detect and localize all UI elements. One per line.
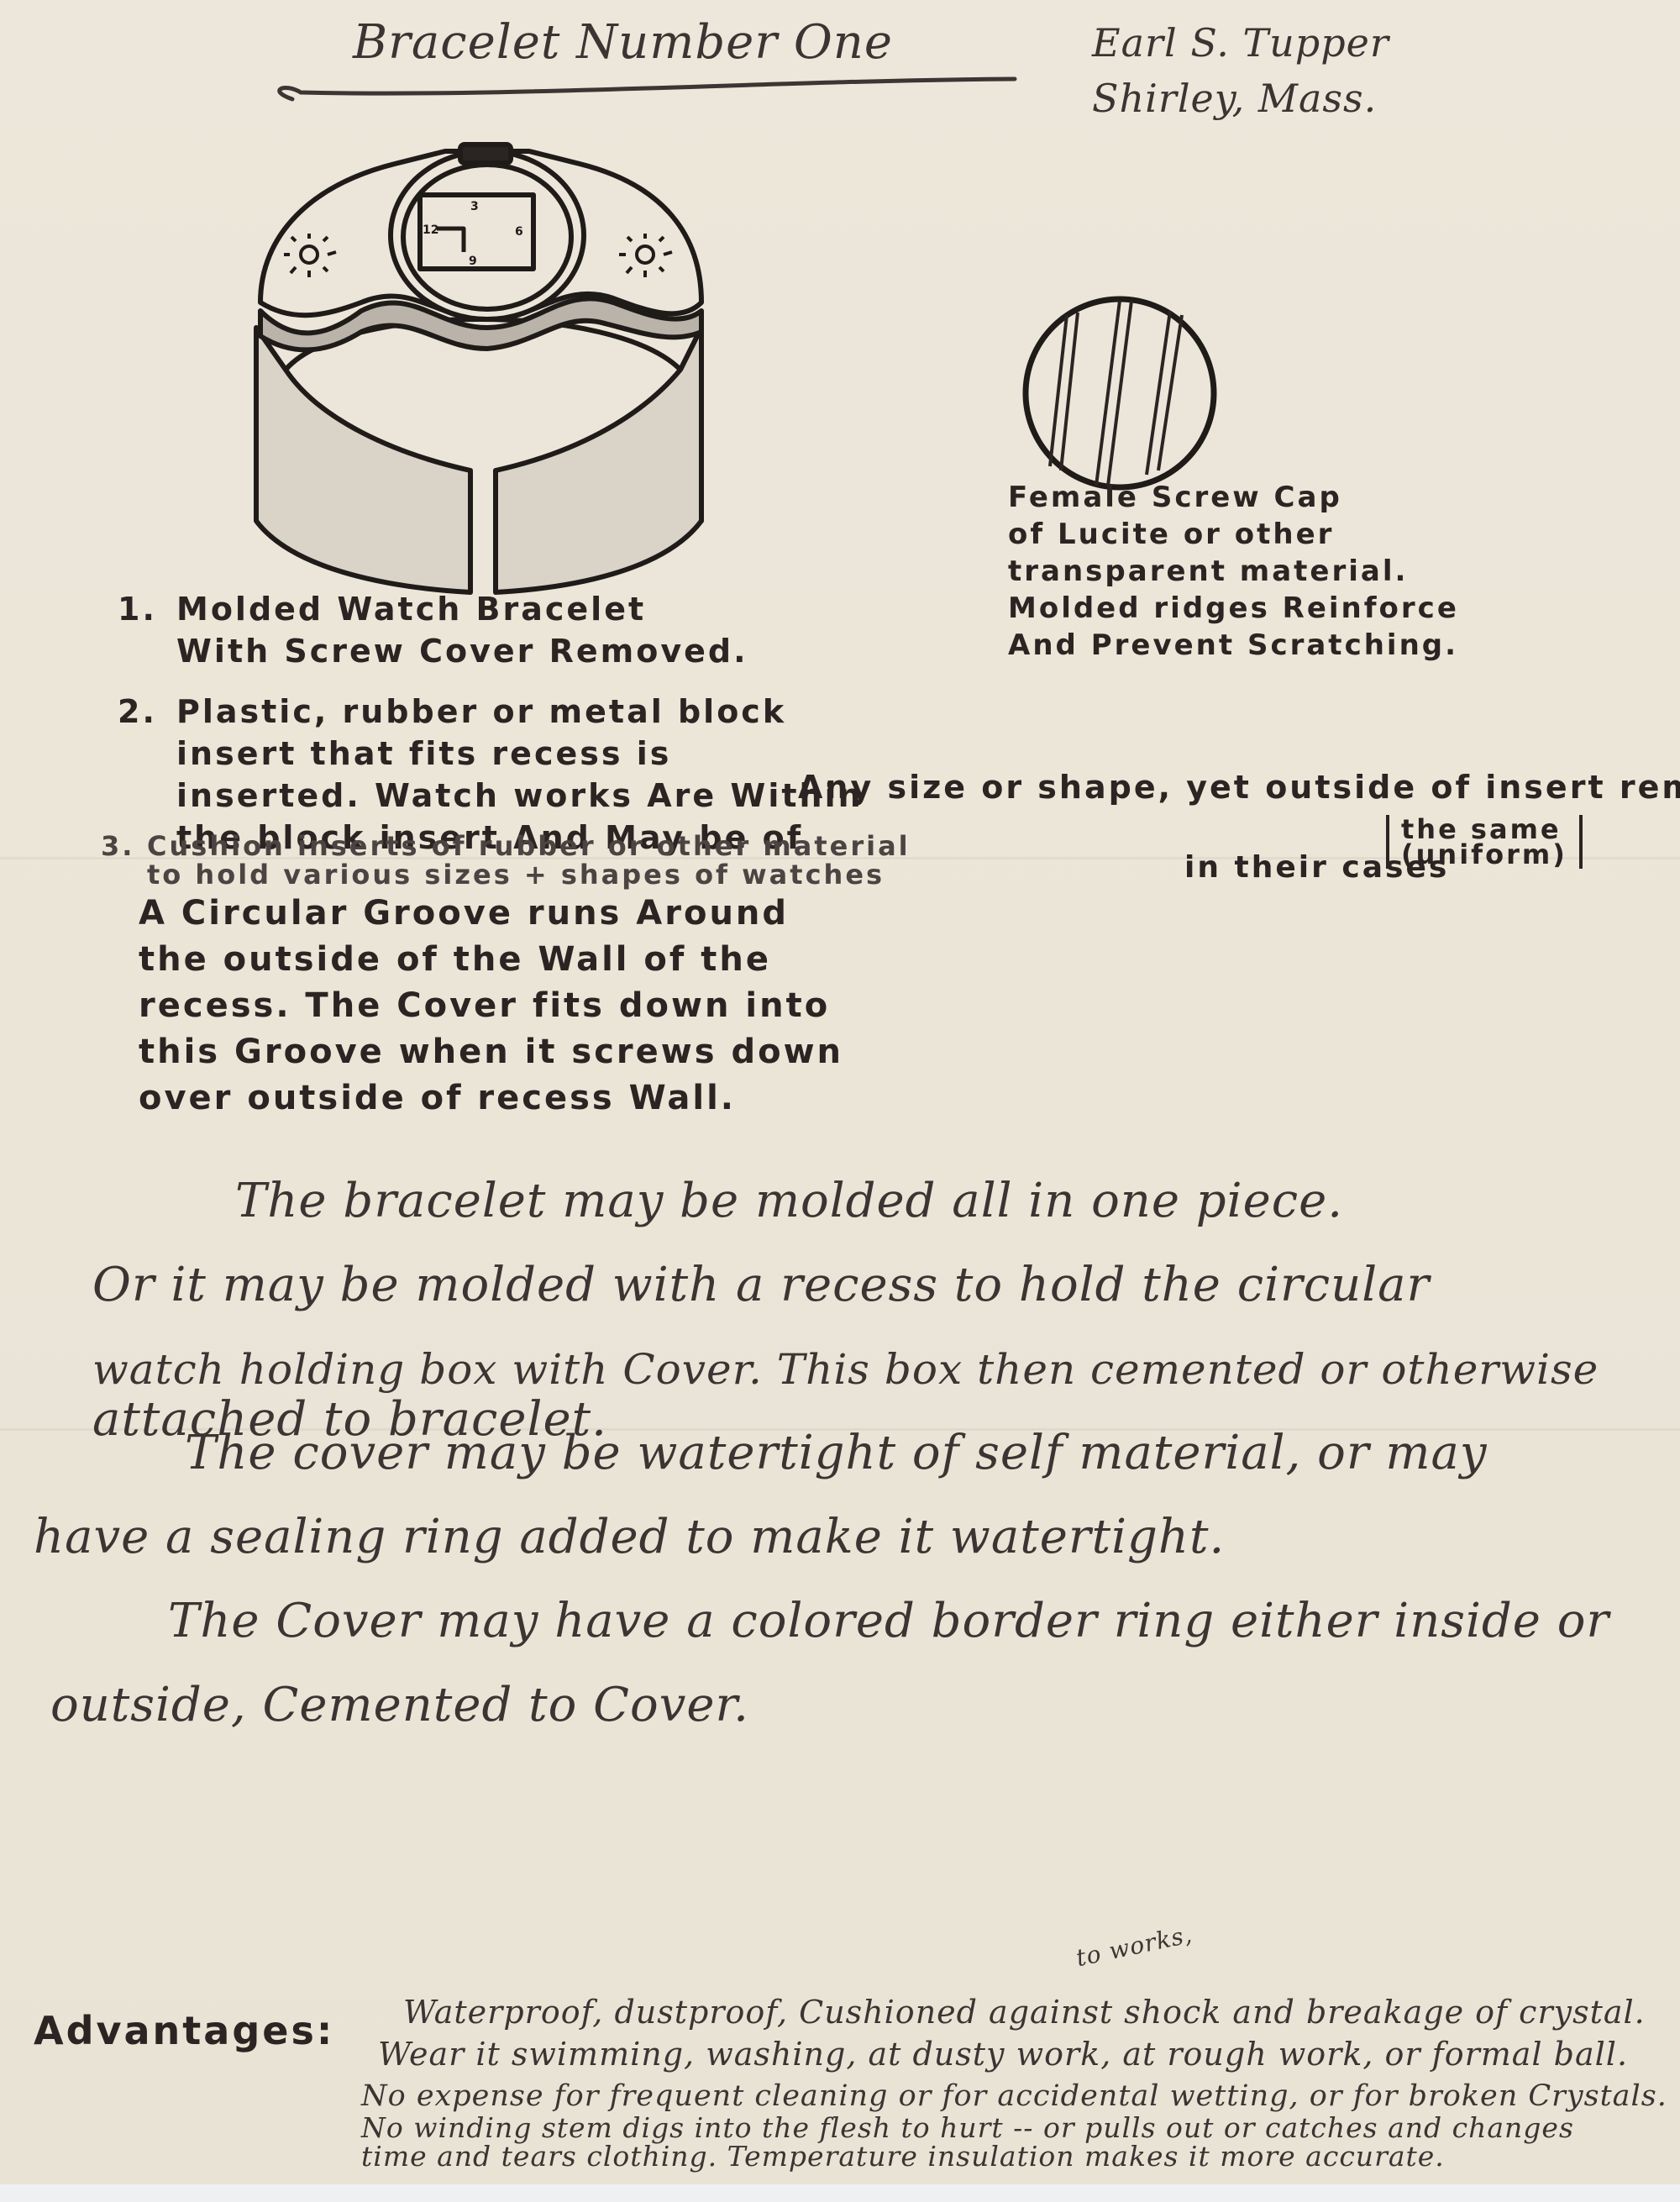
groove-line: this Groove when it screws down bbox=[139, 1029, 843, 1075]
note-2-continuation: Any size or shape, yet outside of insert… bbox=[798, 769, 1680, 806]
groove-line: recess. The Cover fits down into bbox=[139, 983, 843, 1029]
advantages-list: Waterproof, dustproof, Cushioned against… bbox=[361, 1991, 1667, 2178]
advantage-line: Wear it swimming, washing, at dusty work… bbox=[361, 2033, 1667, 2075]
note-2: 2.Plastic, rubber or metal block bbox=[118, 691, 864, 733]
advantages-label: Advantages: bbox=[34, 2008, 334, 2053]
svg-text:3: 3 bbox=[470, 200, 479, 213]
svg-text:6: 6 bbox=[515, 225, 523, 239]
note-line: insert that fits recess is bbox=[118, 733, 864, 775]
title-underline-flourish bbox=[267, 74, 1023, 108]
groove-line: A Circular Groove runs Around bbox=[139, 891, 843, 937]
paragraph-line: Or it may be molded with a recess to hol… bbox=[92, 1243, 1599, 1327]
note-line: Cushion inserts of rubber or other mater… bbox=[147, 830, 911, 862]
numbered-notes: 1.Molded Watch Bracelet With Screw Cover… bbox=[118, 588, 864, 859]
advantages-insert: to works, bbox=[1074, 1921, 1194, 1972]
screw-cap-drawing bbox=[1021, 294, 1222, 496]
svg-text:12: 12 bbox=[423, 223, 438, 237]
author-block: Earl S. Tupper Shirley, Mass. bbox=[1092, 15, 1389, 126]
svg-text:9: 9 bbox=[469, 255, 477, 268]
paragraph-line: The cover may be watertight of self mate… bbox=[34, 1411, 1488, 1495]
note-1: 1.Molded Watch Bracelet bbox=[118, 588, 864, 630]
note-number: 3. bbox=[101, 832, 147, 860]
screw-cap-caption: Female Screw Cap of Lucite or other tran… bbox=[1008, 479, 1459, 664]
advantage-line: Waterproof, dustproof, Cushioned against… bbox=[361, 1991, 1667, 2033]
groove-line: over outside of recess Wall. bbox=[139, 1075, 843, 1122]
note-line: inserted. Watch works Are Within bbox=[118, 775, 864, 817]
note-number: 1. bbox=[118, 588, 176, 630]
paper-sheet: Bracelet Number One Earl S. Tupper Shirl… bbox=[0, 0, 1680, 2184]
groove-line: the outside of the Wall of the bbox=[139, 937, 843, 983]
paragraph-line: have a sealing ring added to make it wat… bbox=[34, 1495, 1488, 1579]
note-number: 2. bbox=[118, 691, 176, 733]
note-3: 3.Cushion inserts of rubber or other mat… bbox=[101, 832, 911, 889]
caption-line: Female Screw Cap bbox=[1008, 479, 1459, 516]
caption-line: And Prevent Scratching. bbox=[1008, 627, 1459, 664]
caption-line: transparent material. bbox=[1008, 553, 1459, 590]
caption-line: of Lucite or other bbox=[1008, 516, 1459, 553]
paragraph-line: The bracelet may be molded all in one pi… bbox=[92, 1159, 1599, 1243]
author-name: Earl S. Tupper bbox=[1092, 15, 1389, 71]
groove-note: A Circular Groove runs Around the outsid… bbox=[139, 891, 843, 1122]
note-line: to hold various sizes + shapes of watche… bbox=[101, 860, 911, 889]
paragraph-line: outside, Cemented to Cover. bbox=[50, 1663, 1609, 1747]
author-location: Shirley, Mass. bbox=[1092, 71, 1389, 126]
caption-line: Molded ridges Reinforce bbox=[1008, 590, 1459, 627]
note-line: With Screw Cover Removed. bbox=[118, 630, 864, 672]
paragraph-line: The Cover may have a colored border ring… bbox=[50, 1579, 1609, 1663]
paragraph-watertight-cover: The cover may be watertight of self mate… bbox=[34, 1411, 1488, 1579]
watch-bracelet-drawing: 3 6 9 12 bbox=[244, 134, 731, 605]
note-line: Molded Watch Bracelet bbox=[176, 591, 646, 628]
document-title: Bracelet Number One bbox=[353, 15, 893, 70]
paragraph-border-ring: The Cover may have a colored border ring… bbox=[50, 1579, 1609, 1747]
note-line: Plastic, rubber or metal block bbox=[176, 693, 786, 730]
note-3-continuation: in their cases bbox=[1184, 850, 1449, 885]
